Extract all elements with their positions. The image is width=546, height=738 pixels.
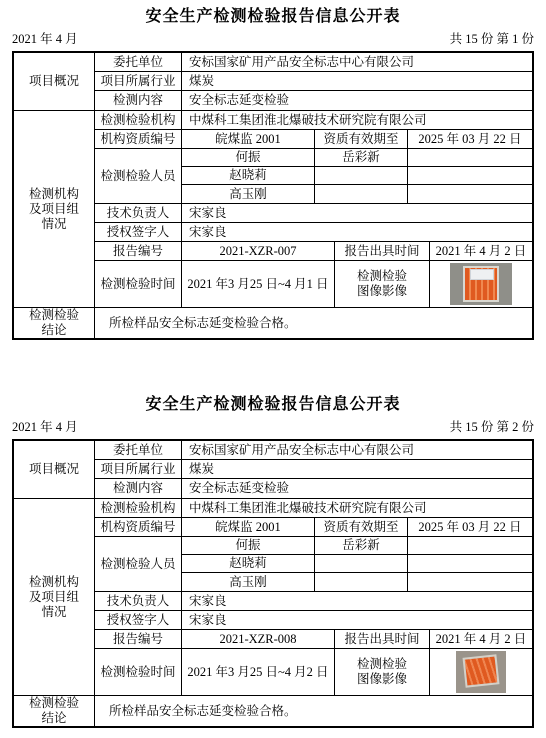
table-row: 高玉刚: [182, 185, 532, 203]
section-overview-label: 项目概况: [14, 53, 95, 110]
section-conclusion: 检测检验 结论 所检样品安全标志延变检验合格。: [14, 696, 532, 726]
sample-photo: [456, 651, 506, 693]
person-name: [315, 167, 408, 184]
personnel-rows: 检测检验人员 何振 岳彩新 赵晓莉 高玉刚: [95, 149, 532, 204]
person-name: [408, 573, 532, 591]
person-name: [315, 185, 408, 203]
sample-bag: [463, 654, 500, 687]
person-name: 岳彩新: [315, 149, 408, 166]
section-overview: 项目概况 委托单位 安标国家矿用产品安全标志中心有限公司 项目所属行业 煤炭 检…: [14, 441, 532, 499]
inspection-time-value: 2021 年3 月25 日~4 月2 日: [182, 649, 335, 695]
license-value: 皖煤监 2001: [182, 130, 315, 148]
sample-photo: [450, 263, 512, 305]
table-row: 报告编号 2021-XZR-008 报告出具时间 2021 年 4 月 2 日: [95, 630, 532, 649]
section-organization-label: 检测机构 及项目组 情况: [14, 499, 95, 695]
person-name: [408, 149, 532, 166]
page-title: 安全生产检测检验报告信息公开表: [12, 396, 534, 414]
personnel-rows: 检测检验人员 何振 岳彩新 赵晓莉 高玉刚: [95, 537, 532, 592]
tech-lead-value: 宋家良: [182, 592, 532, 610]
report-no-label: 报告编号: [95, 630, 182, 648]
signer-value: 宋家良: [182, 223, 532, 241]
report-sheet-1: 安全生产检测检验报告信息公开表 2021 年 4 月 共 15 份 第 1 份 …: [12, 8, 534, 340]
table-row: 委托单位 安标国家矿用产品安全标志中心有限公司: [95, 53, 532, 72]
person-name: [315, 573, 408, 591]
month-label: 2021 年 4 月: [12, 32, 78, 47]
industry-value: 煤炭: [182, 460, 532, 478]
table-row: 赵晓莉: [182, 167, 532, 185]
client-value: 安标国家矿用产品安全标志中心有限公司: [182, 53, 532, 71]
section-overview-label: 项目概况: [14, 441, 95, 498]
meta-line: 2021 年 4 月 共 15 份 第 1 份: [12, 32, 534, 47]
issue-date-value: 2021 年 4 月 2 日: [430, 630, 532, 648]
sample-label: [470, 269, 494, 280]
table-row: 技术负责人 宋家良: [95, 592, 532, 611]
agency-value: 中煤科工集团淮北爆破技术研究院有限公司: [182, 499, 532, 517]
inspection-time-value: 2021 年3 月25 日~4 月1 日: [182, 261, 335, 307]
inspection-photo-cell: [430, 261, 532, 307]
section-conclusion-label: 检测检验 结论: [14, 696, 95, 726]
person-name: [408, 537, 532, 554]
person-name: 高玉刚: [182, 573, 315, 591]
person-name: 赵晓莉: [182, 167, 315, 184]
report-no-value: 2021-XZR-008: [182, 630, 335, 648]
person-name: 何振: [182, 149, 315, 166]
inspection-time-label: 检测检验时间: [95, 649, 182, 695]
table-row: 检测检验时间 2021 年3 月25 日~4 月1 日 检测检验 图像影像: [95, 261, 532, 307]
table-row: 何振 岳彩新: [182, 149, 532, 167]
issue-date-label: 报告出具时间: [335, 630, 430, 648]
image-label: 检测检验 图像影像: [335, 649, 430, 695]
issue-date-label: 报告出具时间: [335, 242, 430, 260]
validity-value: 2025 年 03 月 22 日: [408, 518, 532, 536]
license-value: 皖煤监 2001: [182, 518, 315, 536]
signer-label: 授权签字人: [95, 223, 182, 241]
table-row: 技术负责人 宋家良: [95, 204, 532, 223]
month-label: 2021 年 4 月: [12, 420, 78, 435]
agency-value: 中煤科工集团淮北爆破技术研究院有限公司: [182, 111, 532, 129]
person-name: [408, 167, 532, 184]
image-label: 检测检验 图像影像: [335, 261, 430, 307]
section-conclusion-label: 检测检验 结论: [14, 308, 95, 338]
report-table: 项目概况 委托单位 安标国家矿用产品安全标志中心有限公司 项目所属行业 煤炭 检…: [12, 439, 534, 728]
table-row: 报告编号 2021-XZR-007 报告出具时间 2021 年 4 月 2 日: [95, 242, 532, 261]
person-name: 岳彩新: [315, 537, 408, 554]
person-name: [408, 555, 532, 572]
copies-label: 共 15 份 第 2 份: [450, 420, 534, 435]
table-row: 机构资质编号 皖煤监 2001 资质有效期至 2025 年 03 月 22 日: [95, 130, 532, 149]
license-label: 机构资质编号: [95, 518, 182, 536]
table-row: 检测内容 安全标志延变检验: [95, 479, 532, 498]
report-table: 项目概况 委托单位 安标国家矿用产品安全标志中心有限公司 项目所属行业 煤炭 检…: [12, 51, 534, 340]
table-row: 高玉刚: [182, 573, 532, 591]
conclusion-text: 所检样品安全标志延变检验合格。: [95, 308, 532, 338]
agency-label: 检测检验机构: [95, 499, 182, 517]
person-name: [408, 185, 532, 203]
table-row: 项目所属行业 煤炭: [95, 72, 532, 91]
industry-label: 项目所属行业: [95, 72, 182, 90]
table-row: 机构资质编号 皖煤监 2001 资质有效期至 2025 年 03 月 22 日: [95, 518, 532, 537]
section-organization: 检测机构 及项目组 情况 检测检验机构 中煤科工集团淮北爆破技术研究院有限公司 …: [14, 111, 532, 308]
section-conclusion: 检测检验 结论 所检样品安全标志延变检验合格。: [14, 308, 532, 338]
section-overview: 项目概况 委托单位 安标国家矿用产品安全标志中心有限公司 项目所属行业 煤炭 检…: [14, 53, 532, 111]
table-row: 项目所属行业 煤炭: [95, 460, 532, 479]
page-title: 安全生产检测检验报告信息公开表: [12, 8, 534, 26]
person-name: [315, 555, 408, 572]
table-row: 何振 岳彩新: [182, 537, 532, 555]
report-sheet-2: 安全生产检测检验报告信息公开表 2021 年 4 月 共 15 份 第 2 份 …: [12, 396, 534, 728]
client-value: 安标国家矿用产品安全标志中心有限公司: [182, 441, 532, 459]
person-name: 何振: [182, 537, 315, 554]
table-row: 授权签字人 宋家良: [95, 611, 532, 630]
table-row: 委托单位 安标国家矿用产品安全标志中心有限公司: [95, 441, 532, 460]
inspection-photo-cell: [430, 649, 532, 695]
tech-lead-value: 宋家良: [182, 204, 532, 222]
personnel-label: 检测检验人员: [95, 537, 182, 591]
validity-label: 资质有效期至: [315, 518, 408, 536]
table-row: 赵晓莉: [182, 555, 532, 573]
client-label: 委托单位: [95, 441, 182, 459]
issue-date-value: 2021 年 4 月 2 日: [430, 242, 532, 260]
conclusion-text: 所检样品安全标志延变检验合格。: [95, 696, 532, 726]
meta-line: 2021 年 4 月 共 15 份 第 2 份: [12, 420, 534, 435]
person-name: 高玉刚: [182, 185, 315, 203]
report-no-value: 2021-XZR-007: [182, 242, 335, 260]
agency-label: 检测检验机构: [95, 111, 182, 129]
license-label: 机构资质编号: [95, 130, 182, 148]
personnel-label: 检测检验人员: [95, 149, 182, 203]
content-value: 安全标志延变检验: [182, 479, 532, 498]
person-name: 赵晓莉: [182, 555, 315, 572]
copies-label: 共 15 份 第 1 份: [450, 32, 534, 47]
section-organization: 检测机构 及项目组 情况 检测检验机构 中煤科工集团淮北爆破技术研究院有限公司 …: [14, 499, 532, 696]
content-label: 检测内容: [95, 91, 182, 110]
validity-label: 资质有效期至: [315, 130, 408, 148]
industry-label: 项目所属行业: [95, 460, 182, 478]
section-organization-label: 检测机构 及项目组 情况: [14, 111, 95, 307]
table-row: 检测检验时间 2021 年3 月25 日~4 月2 日 检测检验 图像影像: [95, 649, 532, 695]
signer-value: 宋家良: [182, 611, 532, 629]
validity-value: 2025 年 03 月 22 日: [408, 130, 532, 148]
inspection-time-label: 检测检验时间: [95, 261, 182, 307]
table-row: 授权签字人 宋家良: [95, 223, 532, 242]
industry-value: 煤炭: [182, 72, 532, 90]
report-no-label: 报告编号: [95, 242, 182, 260]
client-label: 委托单位: [95, 53, 182, 71]
table-row: 检测内容 安全标志延变检验: [95, 91, 532, 110]
table-row: 检测检验机构 中煤科工集团淮北爆破技术研究院有限公司: [95, 111, 532, 130]
content-value: 安全标志延变检验: [182, 91, 532, 110]
tech-lead-label: 技术负责人: [95, 204, 182, 222]
table-row: 检测检验机构 中煤科工集团淮北爆破技术研究院有限公司: [95, 499, 532, 518]
tech-lead-label: 技术负责人: [95, 592, 182, 610]
signer-label: 授权签字人: [95, 611, 182, 629]
content-label: 检测内容: [95, 479, 182, 498]
